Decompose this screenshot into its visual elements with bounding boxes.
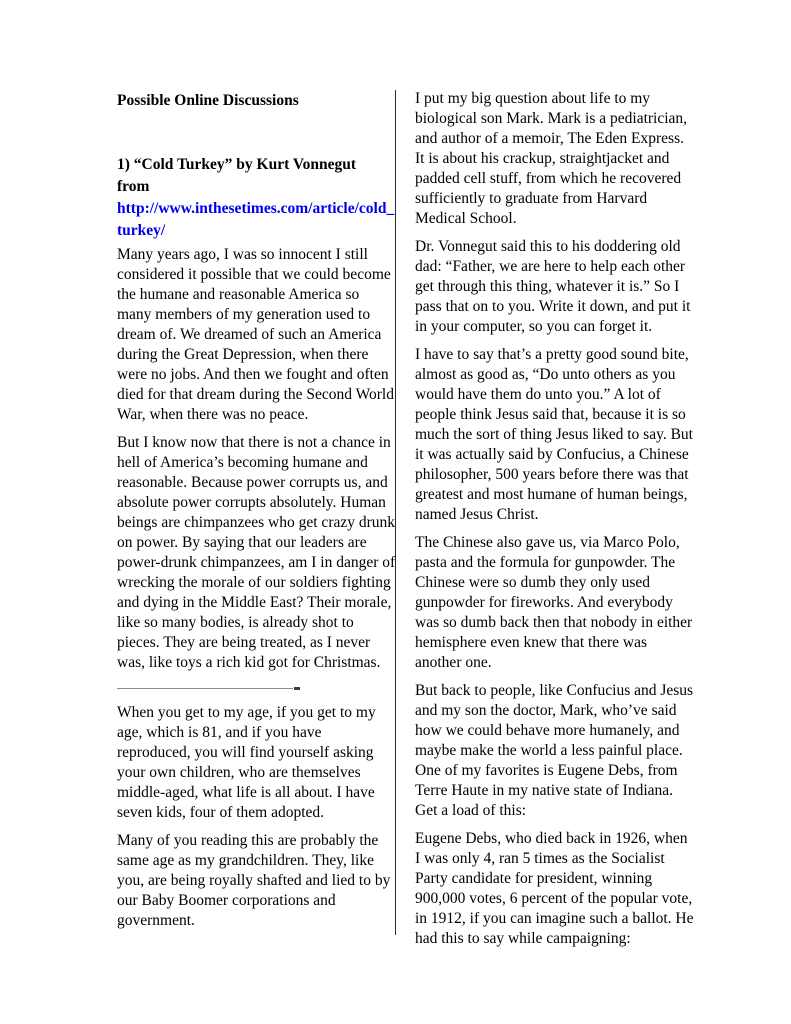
document-page: Possible Online Discussions 1) “Cold Tur… [0, 0, 791, 1024]
paragraph: Dr. Vonnegut said this to his doddering … [415, 237, 695, 337]
paragraph: When you get to my age, if you get to my… [117, 703, 389, 823]
paragraph: But back to people, like Confucius and J… [415, 681, 695, 821]
paragraph: I put my big question about life to my b… [415, 89, 695, 229]
column-divider [395, 90, 396, 935]
paragraph: Many years ago, I was so innocent I stil… [117, 245, 389, 425]
page-title: Possible Online Discussions [117, 91, 389, 111]
paragraph: Eugene Debs, who died back in 1926, when… [415, 829, 695, 949]
paragraph: I have to say that’s a pretty good sound… [415, 345, 695, 525]
separator-line [117, 688, 293, 689]
paragraph: The Chinese also gave us, via Marco Polo… [415, 533, 695, 673]
article-link[interactable]: http://www.inthesetimes.com/article/cold… [117, 198, 389, 242]
item-heading: 1) “Cold Turkey” by Kurt Vonnegut from [117, 154, 389, 198]
right-column: I put my big question about life to my b… [415, 89, 695, 957]
left-column: Possible Online Discussions 1) “Cold Tur… [117, 91, 389, 939]
paragraph: But I know now that there is not a chanc… [117, 433, 389, 673]
paragraph: Many of you reading this are probably th… [117, 831, 389, 931]
